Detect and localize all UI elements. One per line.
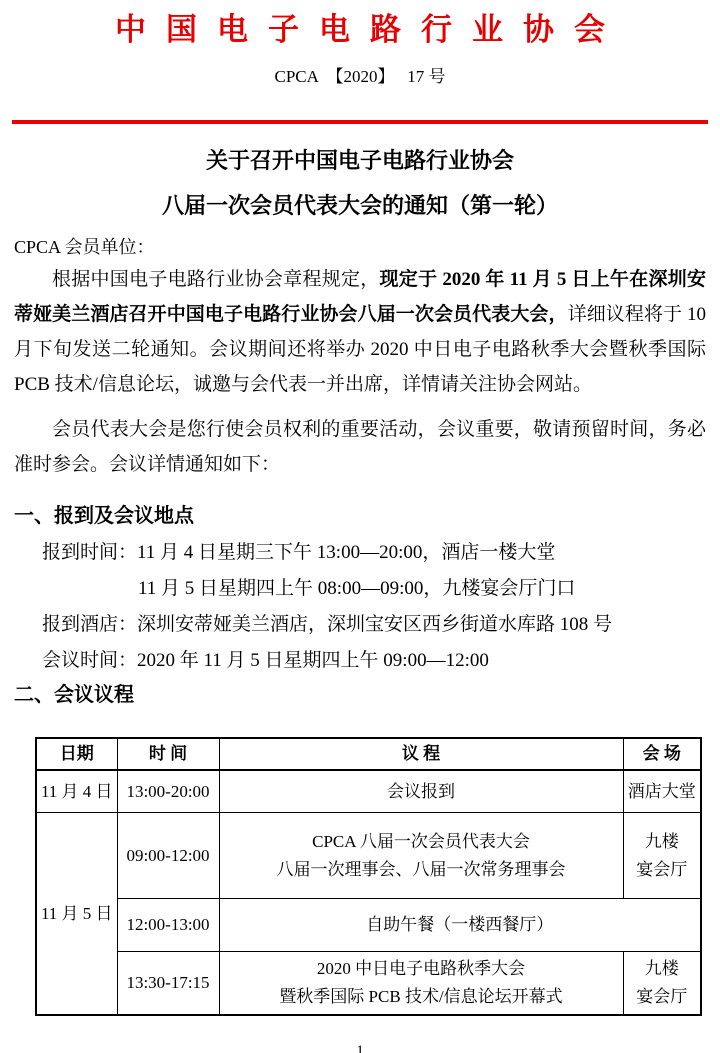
- registration-time-line1: 报到时间：11 月 4 日星期三下午 13:00—20:00，酒店一楼大堂: [14, 535, 706, 571]
- cell-agenda: 2020 中日电子电路秋季大会 暨秋季国际 PCB 技术/信息论坛开幕式: [219, 952, 623, 1016]
- table-row: 11 月 4 日 13:00-20:00 会议报到 酒店大堂: [36, 770, 701, 813]
- cell-venue: 九楼 宴会厅: [623, 813, 701, 899]
- org-name-title: 中国电子电路行业协会: [14, 10, 706, 50]
- doc-number: CPCA 【2020】 17 号: [14, 66, 706, 88]
- cell-time: 13:30-17:15: [117, 952, 219, 1016]
- col-header-time: 时 间: [117, 738, 219, 770]
- table-row: 12:00-13:00 自助午餐（一楼西餐厅）: [36, 899, 701, 952]
- section2-heading: 二、会议议程: [14, 682, 706, 708]
- cell-agenda: 会议报到: [219, 770, 623, 813]
- cell-agenda: CPCA 八届一次会员代表大会 八届一次理事会、八届一次常务理事会: [219, 813, 623, 899]
- col-header-venue: 会 场: [623, 738, 701, 770]
- page-number: 1: [14, 1042, 706, 1053]
- document-page: 中国电子电路行业协会 CPCA 【2020】 17 号 关于召开中国电子电路行业…: [0, 0, 720, 1053]
- cell-venue: 酒店大堂: [623, 770, 701, 813]
- registration-hotel-line: 报到酒店：深圳安蒂娅美兰酒店，深圳宝安区西乡街道水库路 108 号: [14, 607, 706, 643]
- paragraph-1-prefix: 根据中国电子电路行业协会章程规定，: [52, 269, 380, 290]
- cell-date: 11 月 4 日: [36, 770, 117, 813]
- agenda-table-header-row: 日期 时 间 议 程 会 场: [36, 738, 701, 770]
- meeting-time-line: 会议时间：2020 年 11 月 5 日星期四上午 09:00—12:00: [14, 643, 706, 679]
- cell-time: 12:00-13:00: [117, 899, 219, 952]
- cell-date: 11 月 5 日: [36, 813, 117, 1016]
- section1-details: 报到时间：11 月 4 日星期三下午 13:00—20:00，酒店一楼大堂 11…: [14, 535, 706, 679]
- red-divider-line: [12, 120, 708, 124]
- col-header-date: 日期: [36, 738, 117, 770]
- section1-heading: 一、报到及会议地点: [14, 503, 706, 529]
- paragraph-1: 根据中国电子电路行业协会章程规定，现定于 2020 年 11 月 5 日上午在深…: [14, 262, 706, 402]
- registration-time-line2: 11 月 5 日星期四上午 08:00—09:00，九楼宴会厅门口: [14, 571, 706, 607]
- salutation: CPCA 会员单位：: [14, 234, 706, 260]
- table-row: 13:30-17:15 2020 中日电子电路秋季大会 暨秋季国际 PCB 技术…: [36, 952, 701, 1016]
- notice-title-line2: 八届一次会员代表大会的通知（第一轮）: [14, 191, 706, 221]
- agenda-table: 日期 时 间 议 程 会 场 11 月 4 日 13:00-20:00 会议报到…: [35, 737, 702, 1016]
- cell-time: 09:00-12:00: [117, 813, 219, 899]
- cell-time: 13:00-20:00: [117, 770, 219, 813]
- paragraph-2: 会员代表大会是您行使会员权利的重要活动，会议重要，敬请预留时间，务必准时参会。会…: [14, 412, 706, 482]
- cell-agenda: 自助午餐（一楼西餐厅）: [219, 899, 701, 952]
- table-row: 11 月 5 日 09:00-12:00 CPCA 八届一次会员代表大会 八届一…: [36, 813, 701, 899]
- cell-venue: 九楼 宴会厅: [623, 952, 701, 1016]
- col-header-agenda: 议 程: [219, 738, 623, 770]
- notice-title-line1: 关于召开中国电子电路行业协会: [14, 146, 706, 176]
